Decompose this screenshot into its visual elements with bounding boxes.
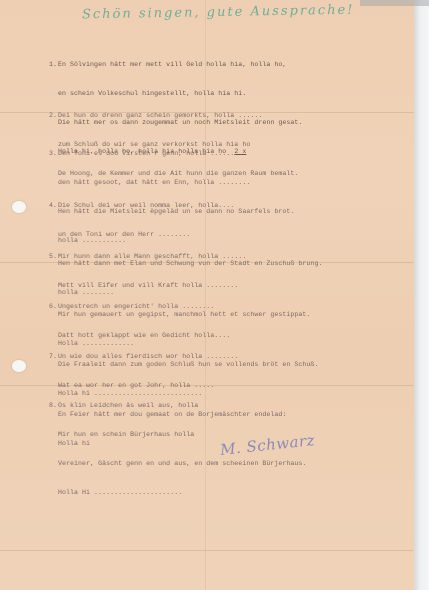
stanza-line: Holla Hi ...................... <box>58 489 182 496</box>
scanner-background-edge <box>414 0 429 590</box>
stanza-number: 8. <box>49 401 58 411</box>
stanza-line: Ungestrech un engericht' holla ........ <box>58 303 214 310</box>
stanza-line: Os klin Leidchen äs weil aus, holla <box>58 402 198 409</box>
document-page: Schön singen, gute Aussprache! 1.En Sölv… <box>0 0 414 590</box>
scanner-shadow <box>360 0 429 6</box>
stanza-number: 3. <box>49 149 58 159</box>
stanza-line: En Sölvingen hätt mer mett vill Geld hol… <box>58 61 286 68</box>
stanza-number: 5. <box>49 252 58 262</box>
stanza-number: 2. <box>49 111 58 121</box>
stanza-number: 6. <box>49 302 58 312</box>
stanza-line: Un wie dou alles fierdisch wor holla ...… <box>58 353 238 360</box>
stanza-line: Dei hun do drenn ganz schein gemorkts, h… <box>58 112 262 119</box>
handwritten-title: Schön singen, gute Aussprache! <box>82 3 355 23</box>
stanza-line: Die Schul dei wor weil nomma leer, holla… <box>58 202 234 209</box>
stanza-line: Mir hun en schein Bürjerhaus holla <box>58 431 194 438</box>
punch-hole-bottom <box>12 360 26 372</box>
stanza-line: Vereiner, Gäscht genn en und aus, en dem… <box>58 460 306 467</box>
paper-fold <box>0 550 414 551</box>
stanza-line: Mir hunn dann alle Mann geschafft, holla… <box>58 253 246 260</box>
stanza-line: Den Toni es dou Virsteh'r genn, holla ..… <box>58 150 242 157</box>
stanza-number: 1. <box>49 60 58 70</box>
stanza-number: 7. <box>49 352 58 362</box>
punch-hole-top <box>12 201 26 213</box>
stanza-number: 4. <box>49 201 58 211</box>
